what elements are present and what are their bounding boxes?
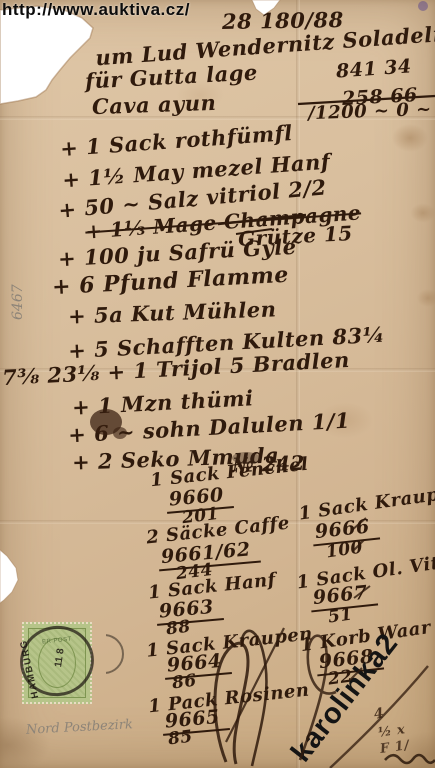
intro-total: /1200 ~ 0 ~: [308, 99, 432, 124]
ledger-amount: 51: [327, 604, 354, 627]
auktiva-watermark: http://www.auktiva.cz/: [2, 0, 190, 20]
pencil-margin-number: 6467: [10, 260, 26, 320]
scanned-document: ER POST HAMBURG 11 8 6467 Nord Postbezir…: [0, 0, 435, 768]
postmark-date-label: 11 8: [53, 648, 67, 668]
ledger-amount: 86: [171, 671, 198, 694]
ledger-amount: 85: [167, 727, 194, 750]
intro-line-3: Cava ayun: [92, 90, 217, 119]
